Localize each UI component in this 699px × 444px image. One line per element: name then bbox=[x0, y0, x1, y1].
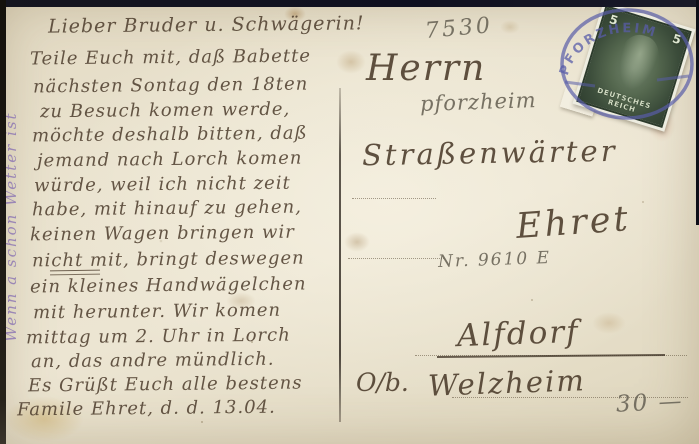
message-line: jemand nach Lorch komen bbox=[37, 148, 303, 172]
postmark-bar-right bbox=[657, 76, 689, 80]
svg-text:PFORZHEIM: PFORZHEIM bbox=[557, 21, 659, 77]
message-line: Lieber Bruder u. Schwägerin! bbox=[48, 12, 365, 37]
message-line: habe, mit hinauf zu gehen, bbox=[32, 197, 302, 221]
age-stain bbox=[592, 312, 626, 334]
message-line: nicht mit, bringt deswegen bbox=[32, 248, 305, 272]
pencil-dealer-price: 30 — bbox=[615, 388, 684, 418]
pencil-town-note: pforzheim bbox=[420, 88, 537, 116]
message-line: würde, weil ich nicht zeit bbox=[34, 173, 291, 197]
message-line: an, das andre mündlich. bbox=[31, 349, 275, 373]
word-emphasis-underline bbox=[50, 270, 100, 276]
message-line: mittag um 2. Uhr in Lorch bbox=[26, 325, 291, 349]
postmark-cancellation: PFORZHEIM bbox=[553, 2, 699, 130]
message-line: mit herunter. Wir komen bbox=[33, 300, 281, 324]
address-surname: Ehret bbox=[515, 199, 632, 247]
age-stain bbox=[500, 20, 520, 34]
message-line: nächsten Sontag den 18ten bbox=[33, 74, 308, 98]
age-stain bbox=[336, 50, 366, 74]
age-stain bbox=[344, 232, 370, 252]
message-line: möchte deshalb bitten, daß bbox=[32, 123, 308, 147]
address-profession: Straßenwärter bbox=[362, 134, 618, 172]
scan-edge-top bbox=[0, 0, 699, 7]
postmark-bar-left bbox=[565, 82, 595, 86]
message-line: ein kleines Handwägelchen bbox=[30, 274, 307, 298]
message-line: Es Grüßt Euch alle bestens bbox=[28, 373, 303, 397]
message-line: zu Besuch komen werde, bbox=[40, 99, 290, 123]
address-rule-line bbox=[352, 198, 436, 199]
message-line: keinen Wagen bringen wir bbox=[30, 222, 295, 246]
address-near-prefix: O/b. bbox=[356, 368, 409, 397]
postcard-scan: Lieber Bruder u. Schwägerin! Teile Euch … bbox=[0, 0, 699, 444]
message-signature-line: Famile Ehret, d. d. 13.04. bbox=[17, 397, 276, 421]
scan-edge-left bbox=[0, 0, 6, 444]
address-place: Alfdorf bbox=[456, 314, 580, 354]
postmark-town-text: PFORZHEIM bbox=[557, 21, 659, 77]
address-rule-line bbox=[348, 258, 444, 259]
pencil-code: 7530 bbox=[424, 13, 494, 44]
address-divider-line bbox=[339, 88, 341, 422]
message-line: Teile Euch mit, daß Babette bbox=[30, 46, 311, 70]
address-recipient-title: Herrn bbox=[366, 48, 486, 89]
pencil-reference-number: Nr. 9610 E bbox=[438, 248, 552, 272]
address-district: Welzheim bbox=[427, 363, 586, 402]
